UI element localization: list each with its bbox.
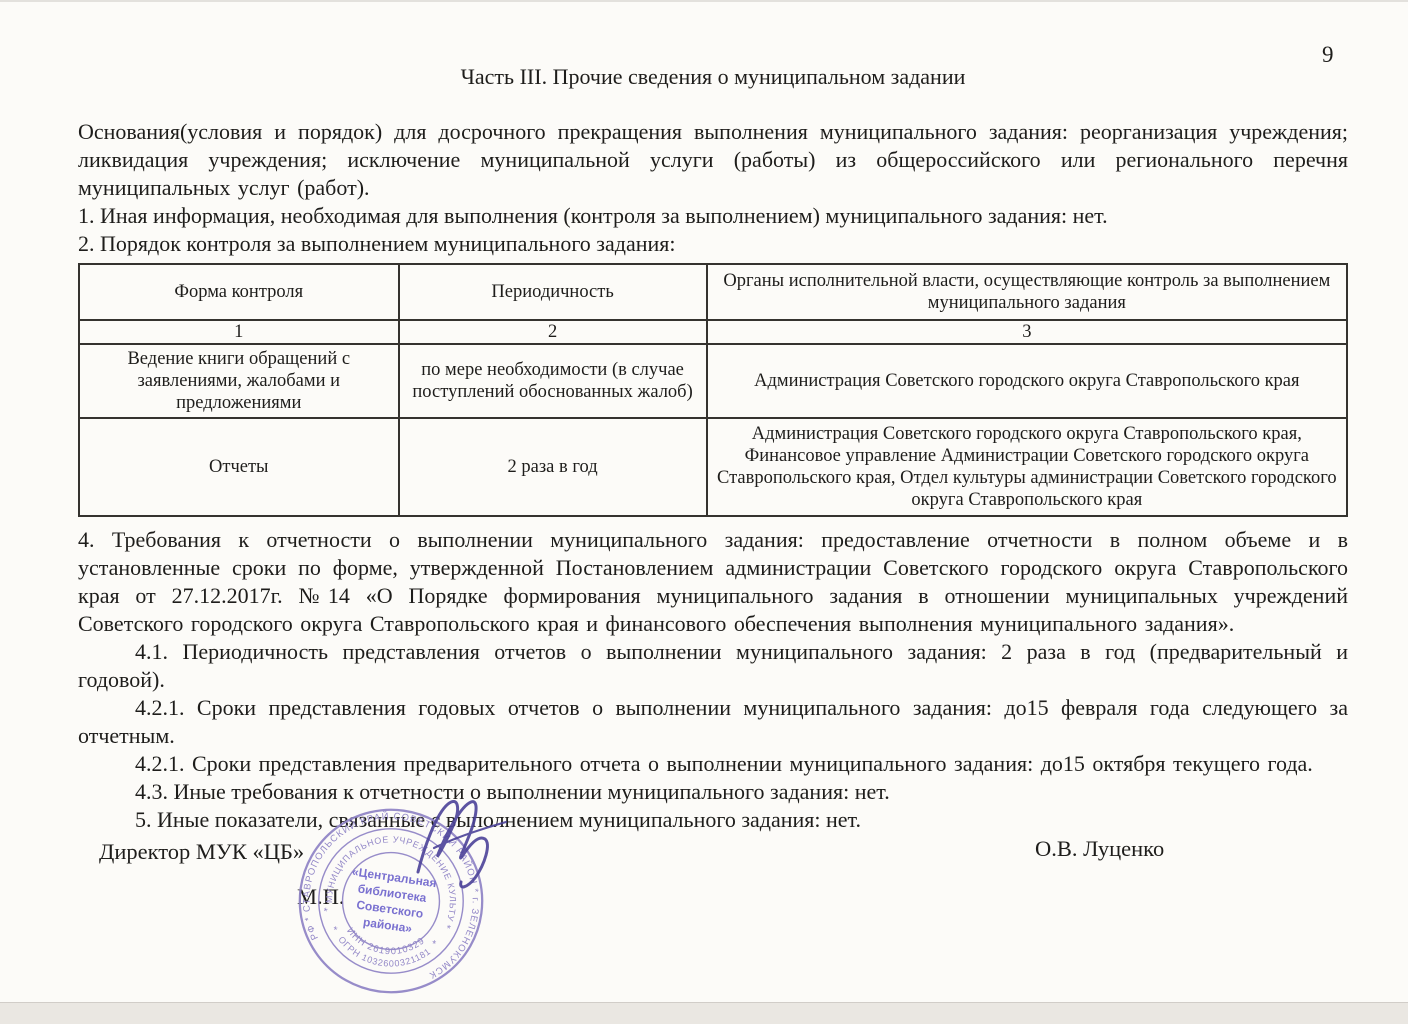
director-label: Директор МУК «ЦБ»	[99, 839, 304, 865]
paragraph-4-2-1-annual: 4.2.1. Сроки представления годовых отчет…	[78, 694, 1348, 750]
table-cell-periodicity-2: 2 раза в год	[399, 418, 707, 516]
column-header-form: Форма контроля	[79, 264, 399, 320]
document-body: Основания(условия и порядок) для досрочн…	[78, 118, 1348, 834]
column-header-periodicity: Периодичность	[399, 264, 707, 320]
scanned-document-page: 9 Часть III. Прочие сведения о муниципал…	[0, 0, 1408, 1024]
list-item-1: 1. Иная информация, необходимая для выпо…	[78, 202, 1348, 230]
column-number-2: 2	[399, 320, 707, 344]
signature-scribble-icon	[406, 792, 524, 894]
list-item-2: 2. Порядок контроля за выполнением муниц…	[78, 230, 1348, 258]
table-row: Отчеты 2 раза в год Администрация Советс…	[79, 418, 1347, 516]
document-title: Часть III. Прочие сведения о муниципальн…	[78, 64, 1348, 90]
table-cell-periodicity-1: по мере необходимости (в случае поступле…	[399, 344, 707, 418]
column-header-authorities: Органы исполнительной власти, осуществля…	[707, 264, 1347, 320]
stamp-star-icon: *	[431, 939, 437, 950]
paragraph-5: 5. Иные показатели, связанные с выполнен…	[78, 806, 1348, 834]
paragraph-4-2-1-preliminary: 4.2.1. Сроки представления предварительн…	[78, 750, 1348, 778]
table-cell-authorities-2: Администрация Советского городского окру…	[707, 418, 1347, 516]
stamp-star-icon: *	[446, 924, 452, 935]
paragraph-4-3: 4.3. Иные требования к отчетности о выпо…	[78, 778, 1348, 806]
table-cell-form-1: Ведение книги обращений с заявлениями, ж…	[79, 344, 399, 418]
control-table: Форма контроля Периодичность Органы испо…	[78, 263, 1348, 517]
intro-paragraph: Основания(условия и порядок) для досрочн…	[78, 118, 1348, 202]
table-header-row: Форма контроля Периодичность Органы испо…	[79, 264, 1347, 320]
column-number-3: 3	[707, 320, 1347, 344]
column-number-1: 1	[79, 320, 399, 344]
paragraph-4-1: 4.1. Периодичность представления отчетов…	[78, 638, 1348, 694]
stamp-star-icon: *	[322, 907, 328, 918]
scan-bottom-edge	[0, 1002, 1408, 1024]
table-number-row: 1 2 3	[79, 320, 1347, 344]
paragraph-4: 4. Требования к отчетности о выполнении …	[78, 526, 1348, 638]
scan-top-edge	[0, 0, 1408, 2]
table-row: Ведение книги обращений с заявлениями, ж…	[79, 344, 1347, 418]
table-cell-authorities-1: Администрация Советского городского окру…	[707, 344, 1347, 418]
table-cell-form-2: Отчеты	[79, 418, 399, 516]
stamp-star-icon: *	[332, 925, 338, 936]
signer-name: О.В. Луценко	[1035, 836, 1164, 862]
